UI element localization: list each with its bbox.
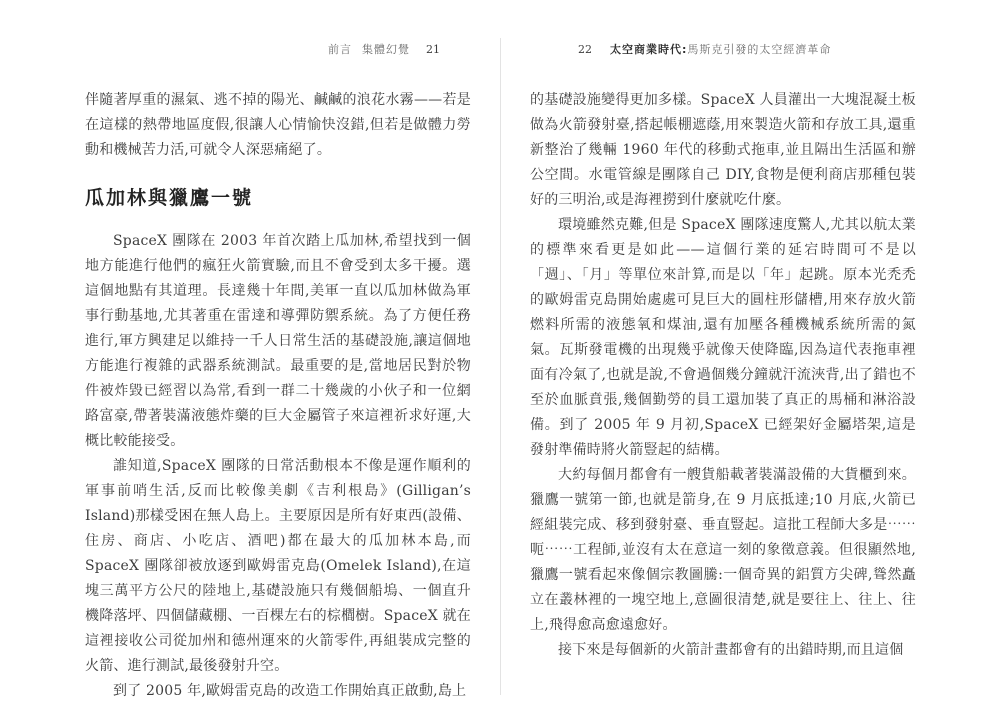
paragraph: 誰知道,SpaceX 團隊的日常活動根本不像是運作順利的軍事前哨生活,反而比較像… [85, 454, 471, 679]
running-header-left: 前言集體幻覺21 [85, 41, 440, 57]
paragraph: 接下來是每個新的火箭計畫都會有的出錯時期,而且這個 [530, 638, 916, 663]
paragraph: 大約每個月都會有一艘貨船載著裝滿設備的大貨櫃到來。獵鷹一號第一節,也就是箭身,在… [530, 463, 916, 638]
section-label: 前言 [328, 43, 352, 56]
page-left-body: 伴隨著厚重的濕氣、逃不掉的陽光、鹹鹹的浪花水霧——若是在這樣的熱帶地區度假,很讓… [85, 88, 471, 701]
book-title: 太空商業時代: [610, 43, 687, 56]
page-gutter-divider [500, 38, 501, 695]
book-subtitle: 馬斯克引發的太空經濟革命 [687, 43, 831, 56]
paragraph: 伴隨著厚重的濕氣、逃不掉的陽光、鹹鹹的浪花水霧——若是在這樣的熱帶地區度假,很讓… [85, 88, 471, 163]
chapter-title: 集體幻覺 [362, 43, 410, 56]
page-number-left: 21 [426, 43, 440, 56]
paragraph: 到了 2005 年,歐姆雷克島的改造工作開始真正啟動,島上 [85, 679, 471, 701]
page-right-body: 的基礎設施變得更加多樣。SpaceX 人員灌出一大塊混凝土板做為火箭發射臺,搭起… [530, 88, 916, 663]
paragraph: SpaceX 團隊在 2003 年首次踏上瓜加林,希望找到一個地方能進行他們的瘋… [85, 229, 471, 454]
section-heading: 瓜加林與獵鷹一號 [85, 184, 471, 212]
running-header-right: 22太空商業時代:馬斯克引發的太空經濟革命 [578, 41, 831, 57]
paragraph: 環境雖然克難,但是 SpaceX 團隊速度驚人,尤其以航太業的標準來看更是如此—… [530, 213, 916, 463]
page-number-right: 22 [578, 43, 592, 56]
book-spread: 前言集體幻覺21 伴隨著厚重的濕氣、逃不掉的陽光、鹹鹹的浪花水霧——若是在這樣的… [0, 0, 1000, 701]
paragraph: 的基礎設施變得更加多樣。SpaceX 人員灌出一大塊混凝土板做為火箭發射臺,搭起… [530, 88, 916, 213]
